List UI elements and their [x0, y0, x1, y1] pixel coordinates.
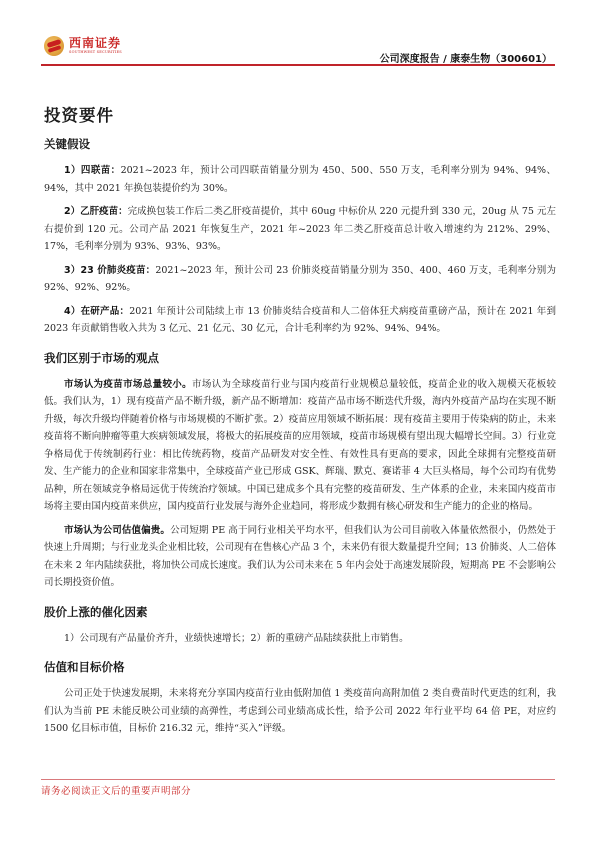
- assumption-paragraph: 2）乙肝疫苗：完成换包装工作后二类乙肝疫苗提价，其中 60ug 中标价从 220…: [44, 203, 556, 256]
- footer-disclaimer: 请务必阅读正文后的重要声明部分: [41, 783, 191, 797]
- view-paragraph: 市场认为疫苗市场总量较小。市场认为全球疫苗行业与国内疫苗行业规模总量较低，疫苗企…: [44, 376, 556, 516]
- page-title: 投资要件: [44, 102, 114, 126]
- header-divider: [41, 64, 555, 66]
- logo-chinese-name: 西南证券: [69, 37, 122, 50]
- section-title-key-assumptions: 关键假设: [44, 136, 556, 152]
- assumption-paragraph: 1）四联苗：2021~2023 年，预计公司四联苗销量分别为 450、500、5…: [44, 162, 556, 197]
- assumption-lead: 1）四联苗：: [64, 165, 121, 176]
- assumption-paragraph: 3）23 价肺炎疫苗：2021~2023 年，预计公司 23 价肺炎疫苗销量分别…: [44, 262, 556, 297]
- assumption-paragraph: 4）在研产品：2021 年预计公司陆续上市 13 价肺炎结合疫苗和人二倍体狂犬病…: [44, 303, 556, 338]
- logo-emblem-icon: [44, 36, 64, 56]
- report-body: 关键假设 1）四联苗：2021~2023 年，预计公司四联苗销量分别为 450、…: [44, 130, 556, 744]
- report-type-label: 公司深度报告 / 康泰生物（300601）: [380, 50, 552, 65]
- assumption-text: 2021~2023 年，预计公司四联苗销量分别为 450、500、550 万支，…: [44, 165, 556, 194]
- view-lead: 市场认为公司估值偏贵。: [64, 525, 170, 536]
- valuation-paragraph: 公司正处于快速发展期，未来将充分享国内疫苗行业由低附加值 1 类疫苗向高附加值 …: [44, 685, 556, 738]
- section-title-valuation: 估值和目标价格: [44, 659, 556, 675]
- section-title-differentiated-view: 我们区别于市场的观点: [44, 350, 556, 366]
- footer-divider: [41, 779, 555, 780]
- company-logo: 西南证券 SOUTHWEST SECURITIES: [44, 36, 122, 56]
- assumption-lead: 4）在研产品：: [64, 306, 129, 317]
- assumption-lead: 3）23 价肺炎疫苗：: [64, 265, 155, 276]
- section-title-catalysts: 股价上涨的催化因素: [44, 604, 556, 620]
- logo-english-name: SOUTHWEST SECURITIES: [69, 50, 122, 55]
- catalysts-paragraph: 1）公司现有产品量价齐升，业绩快速增长；2）新的重磅产品陆续获批上市销售。: [44, 630, 556, 648]
- view-lead: 市场认为疫苗市场总量较小。: [64, 379, 192, 390]
- view-paragraph: 市场认为公司估值偏贵。公司短期 PE 高于同行业相关平均水平，但我们认为公司目前…: [44, 522, 556, 592]
- assumption-lead: 2）乙肝疫苗：: [64, 206, 128, 217]
- view-text: 市场认为全球疫苗行业与国内疫苗行业规模总量较低，疫苗企业的收入规模天花板较低。我…: [44, 379, 556, 513]
